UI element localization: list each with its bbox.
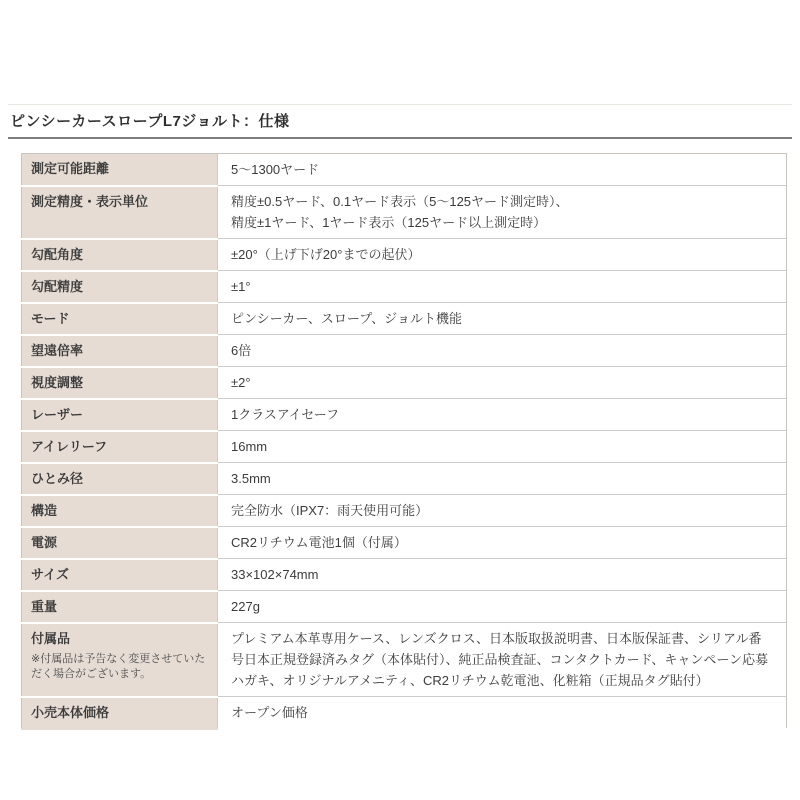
spec-row-label: モード bbox=[22, 303, 218, 335]
spec-label-text: レーザー bbox=[31, 405, 209, 425]
spec-label-text: 勾配角度 bbox=[31, 245, 209, 265]
spec-row-value: CR2リチウム電池1個（付属） bbox=[218, 527, 787, 559]
spec-row-value: プレミアム本革専用ケース、レンズクロス、日本版取扱説明書、日本版保証書、シリアル… bbox=[218, 623, 787, 697]
spec-row: レーザー1クラスアイセーフ bbox=[22, 399, 787, 431]
spec-label-note: ※付属品は予告なく変更させていただく場合がございます。 bbox=[31, 652, 209, 682]
spec-row-value: 精度±0.5ヤード、0.1ヤード表示（5～125ヤード測定時）、 精度±1ヤード… bbox=[218, 186, 787, 239]
spec-row-label: サイズ bbox=[22, 559, 218, 591]
spec-label-text: 視度調整 bbox=[31, 373, 209, 393]
spec-label-text: 測定精度・表示単位 bbox=[31, 192, 209, 212]
spec-row-label: 勾配精度 bbox=[22, 271, 218, 303]
spec-row: 勾配角度±20°（上げ下げ20°までの起伏） bbox=[22, 239, 787, 271]
spec-row-label: 測定精度・表示単位 bbox=[22, 186, 218, 239]
spec-table-body: 測定可能距離5～1300ヤード測定精度・表示単位精度±0.5ヤード、0.1ヤード… bbox=[22, 154, 787, 729]
spec-row-label: 電源 bbox=[22, 527, 218, 559]
spec-label-text: 電源 bbox=[31, 533, 209, 553]
spec-row-label: アイレリーフ bbox=[22, 431, 218, 463]
spec-row-label: ひとみ径 bbox=[22, 463, 218, 495]
spec-table: 測定可能距離5～1300ヤード測定精度・表示単位精度±0.5ヤード、0.1ヤード… bbox=[21, 153, 787, 730]
spec-row: ひとみ径3.5mm bbox=[22, 463, 787, 495]
spec-label-text: 望遠倍率 bbox=[31, 341, 209, 361]
spec-label-text: 重量 bbox=[31, 597, 209, 617]
spec-row-value: ±2° bbox=[218, 367, 787, 399]
spec-row-label: 視度調整 bbox=[22, 367, 218, 399]
spec-row: 付属品※付属品は予告なく変更させていただく場合がございます。プレミアム本革専用ケ… bbox=[22, 623, 787, 697]
spec-row-value: 6倍 bbox=[218, 335, 787, 367]
spec-row-label: 重量 bbox=[22, 591, 218, 623]
spec-row-value: 227g bbox=[218, 591, 787, 623]
spec-row: モードピンシーカー、スロープ、ジョルト機能 bbox=[22, 303, 787, 335]
spec-content: ピンシーカースロープL7ジョルト：仕様 測定可能距離5～1300ヤード測定精度・… bbox=[8, 104, 792, 730]
spec-row-label: 付属品※付属品は予告なく変更させていただく場合がございます。 bbox=[22, 623, 218, 697]
spec-row-value: 16mm bbox=[218, 431, 787, 463]
spec-row-value: 33×102×74mm bbox=[218, 559, 787, 591]
spec-row-label: 小売本体価格 bbox=[22, 697, 218, 729]
spec-row: 小売本体価格オープン価格 bbox=[22, 697, 787, 729]
spec-row: 望遠倍率6倍 bbox=[22, 335, 787, 367]
spec-page: ピンシーカースロープL7ジョルト：仕様 測定可能距離5～1300ヤード測定精度・… bbox=[0, 0, 800, 800]
spec-row: サイズ33×102×74mm bbox=[22, 559, 787, 591]
spec-row-value: 1クラスアイセーフ bbox=[218, 399, 787, 431]
spec-row: 測定可能距離5～1300ヤード bbox=[22, 154, 787, 186]
page-title: ピンシーカースロープL7ジョルト：仕様 bbox=[10, 113, 290, 130]
spec-label-text: 小売本体価格 bbox=[31, 703, 209, 723]
spec-label-text: 測定可能距離 bbox=[31, 159, 209, 179]
spec-label-text: ひとみ径 bbox=[31, 469, 209, 489]
spec-label-text: サイズ bbox=[31, 565, 209, 585]
spec-row: アイレリーフ16mm bbox=[22, 431, 787, 463]
spec-row-label: 構造 bbox=[22, 495, 218, 527]
spec-row-value: オープン価格 bbox=[218, 697, 787, 729]
spec-row-value: 完全防水（IPX7：雨天使用可能） bbox=[218, 495, 787, 527]
spec-row: 重量227g bbox=[22, 591, 787, 623]
spec-row-label: レーザー bbox=[22, 399, 218, 431]
spec-row: 測定精度・表示単位精度±0.5ヤード、0.1ヤード表示（5～125ヤード測定時）… bbox=[22, 186, 787, 239]
spec-row: 構造完全防水（IPX7：雨天使用可能） bbox=[22, 495, 787, 527]
spec-label-text: モード bbox=[31, 309, 209, 329]
spec-row: 勾配精度±1° bbox=[22, 271, 787, 303]
spec-row-value: 5～1300ヤード bbox=[218, 154, 787, 186]
spec-row: 電源CR2リチウム電池1個（付属） bbox=[22, 527, 787, 559]
spec-row-label: 望遠倍率 bbox=[22, 335, 218, 367]
spec-label-text: アイレリーフ bbox=[31, 437, 209, 457]
spec-row-value: ±1° bbox=[218, 271, 787, 303]
spec-row-value: ±20°（上げ下げ20°までの起伏） bbox=[218, 239, 787, 271]
spec-label-text: 構造 bbox=[31, 501, 209, 521]
spec-label-text: 付属品 bbox=[31, 629, 209, 649]
spec-row-label: 測定可能距離 bbox=[22, 154, 218, 186]
spec-label-text: 勾配精度 bbox=[31, 277, 209, 297]
spec-row-value: ピンシーカー、スロープ、ジョルト機能 bbox=[218, 303, 787, 335]
spec-row-value: 3.5mm bbox=[218, 463, 787, 495]
spec-row-label: 勾配角度 bbox=[22, 239, 218, 271]
title-block: ピンシーカースロープL7ジョルト：仕様 bbox=[8, 104, 792, 139]
spec-row: 視度調整±2° bbox=[22, 367, 787, 399]
